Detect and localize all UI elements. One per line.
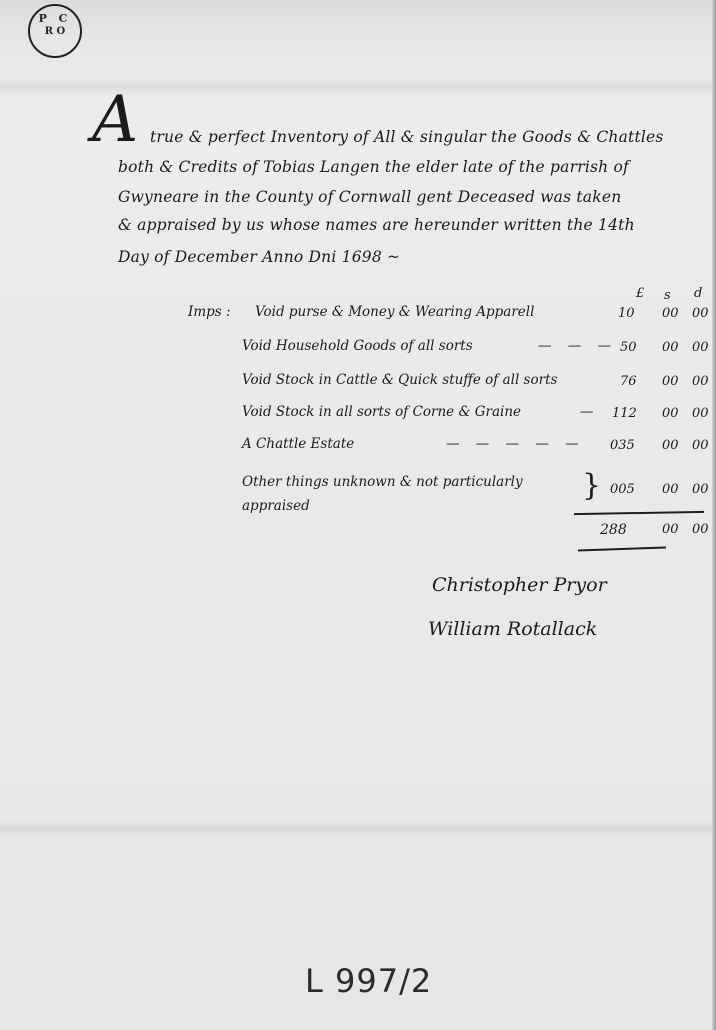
item-description: Other things unknown & not particularly … [242,470,582,518]
total-pounds: 288 [600,522,627,538]
item-pounds: 035 [610,438,635,453]
total-shillings: 00 [662,522,679,537]
item-shillings: 00 [662,340,679,355]
item-shillings: 00 [662,374,679,389]
sum-rule [574,511,704,515]
item-description: Void Stock in all sorts of Corne & Grain… [242,404,521,420]
item-pence: 00 [692,306,709,321]
item-description: Void Household Goods of all sorts [242,338,473,354]
archive-stamp: P C R O [28,4,82,58]
heading-line-5: Day of December Anno Dni 1698 ~ [118,248,400,266]
item-pounds: 005 [610,482,635,497]
signature-2: William Rotallack [428,618,597,640]
item-shillings: 00 [662,438,679,453]
item-shillings: 00 [662,406,679,421]
item-description: A Chattle Estate [242,436,354,452]
header-pence: d [694,286,702,301]
header-shillings: s [664,288,671,303]
item-shillings: 00 [662,306,679,321]
item-pence: 00 [692,340,709,355]
bracket-glyph: } [582,468,601,503]
page-edge [712,0,716,1030]
total-pence: 00 [692,522,709,537]
header-pounds: £ [636,286,644,301]
heading-line-3: Gwyneare in the County of Cornwall gent … [118,188,621,206]
leader-dashes: — [580,404,594,420]
archive-reference: L 997/2 [305,962,432,1000]
item-pence: 00 [692,482,709,497]
document-page: P C R O A true & perfect Inventory of Al… [0,0,716,1030]
item-pounds: 112 [612,406,637,421]
item-pounds: 10 [618,306,635,321]
signature-1: Christopher Pryor [432,574,607,596]
fold-line [0,820,716,838]
item-pence: 00 [692,374,709,389]
leader-dashes: — — — — — [446,436,585,452]
item-pounds: 76 [620,374,637,389]
item-shillings: 00 [662,482,679,497]
leader-dashes: — — — [538,338,617,354]
item-description: Void purse & Money & Wearing Apparell [255,304,534,320]
item-pounds: 50 [620,340,637,355]
item-pence: 00 [692,406,709,421]
heading-line-2: both & Credits of Tobias Langen the elde… [118,158,629,176]
imps-prefix: Imps : [188,304,231,320]
total-underline [578,546,666,551]
heading-line-4: & appraised by us whose names are hereun… [118,216,635,234]
item-pence: 00 [692,438,709,453]
decorated-initial: A [92,88,138,152]
item-description: Void Stock in Cattle & Quick stuffe of a… [242,372,557,388]
heading-line-1: true & perfect Inventory of All & singul… [150,128,664,146]
